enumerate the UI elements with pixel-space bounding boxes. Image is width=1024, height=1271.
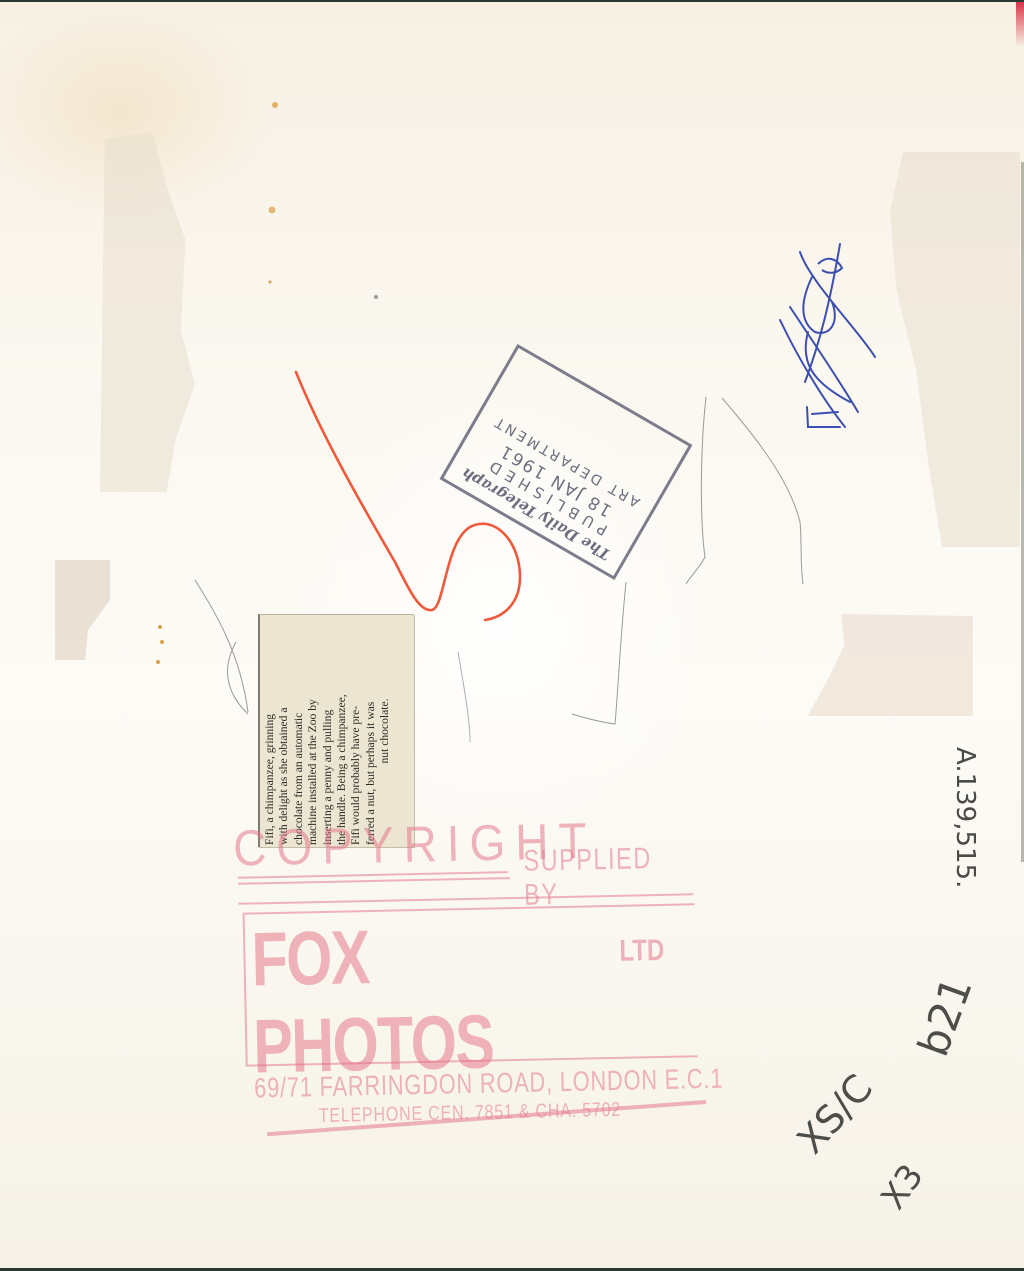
- caption-line: machine installed at the Zoo by: [306, 617, 320, 845]
- agency-name: FOX PHOTOS: [251, 909, 608, 1090]
- agency-suffix: LTD: [619, 934, 665, 969]
- caption-line: Fifi, a chimpanzee, grinning: [263, 617, 277, 845]
- handwritten-reference-number: A.139,515.: [950, 747, 980, 867]
- blue-initials-scribble: [818, 259, 842, 273]
- pencil-line-lower: [572, 582, 626, 724]
- caption-line: the handle. Being a chimpanzee,: [335, 617, 349, 845]
- pencil-line-right: [722, 398, 803, 584]
- supplied-by-label: SUPPLIED BY: [523, 842, 664, 913]
- pencil-line-mid: [686, 397, 706, 584]
- pencil-line-left: [195, 580, 248, 714]
- photo-back-sheet: Fifi, a chimpanzee, grinning with deligh…: [0, 0, 1024, 1271]
- caption-line: inserting a penny and pulling: [321, 617, 335, 845]
- caption-line: Fifi would probably have pre-: [349, 617, 363, 845]
- caption-line: chocolate from an automatic: [292, 617, 306, 845]
- fox-photos-stamp: COPYRIGHT SUPPLIED BY FOX PHOTOS LTD 69/…: [226, 805, 708, 1155]
- stamp-rule: [238, 877, 510, 885]
- pencil-line-lower-left: [458, 652, 470, 742]
- caption-line: ferred a nut, but perhaps it was: [364, 617, 378, 845]
- caption-line: with delight as she obtained a: [277, 617, 291, 845]
